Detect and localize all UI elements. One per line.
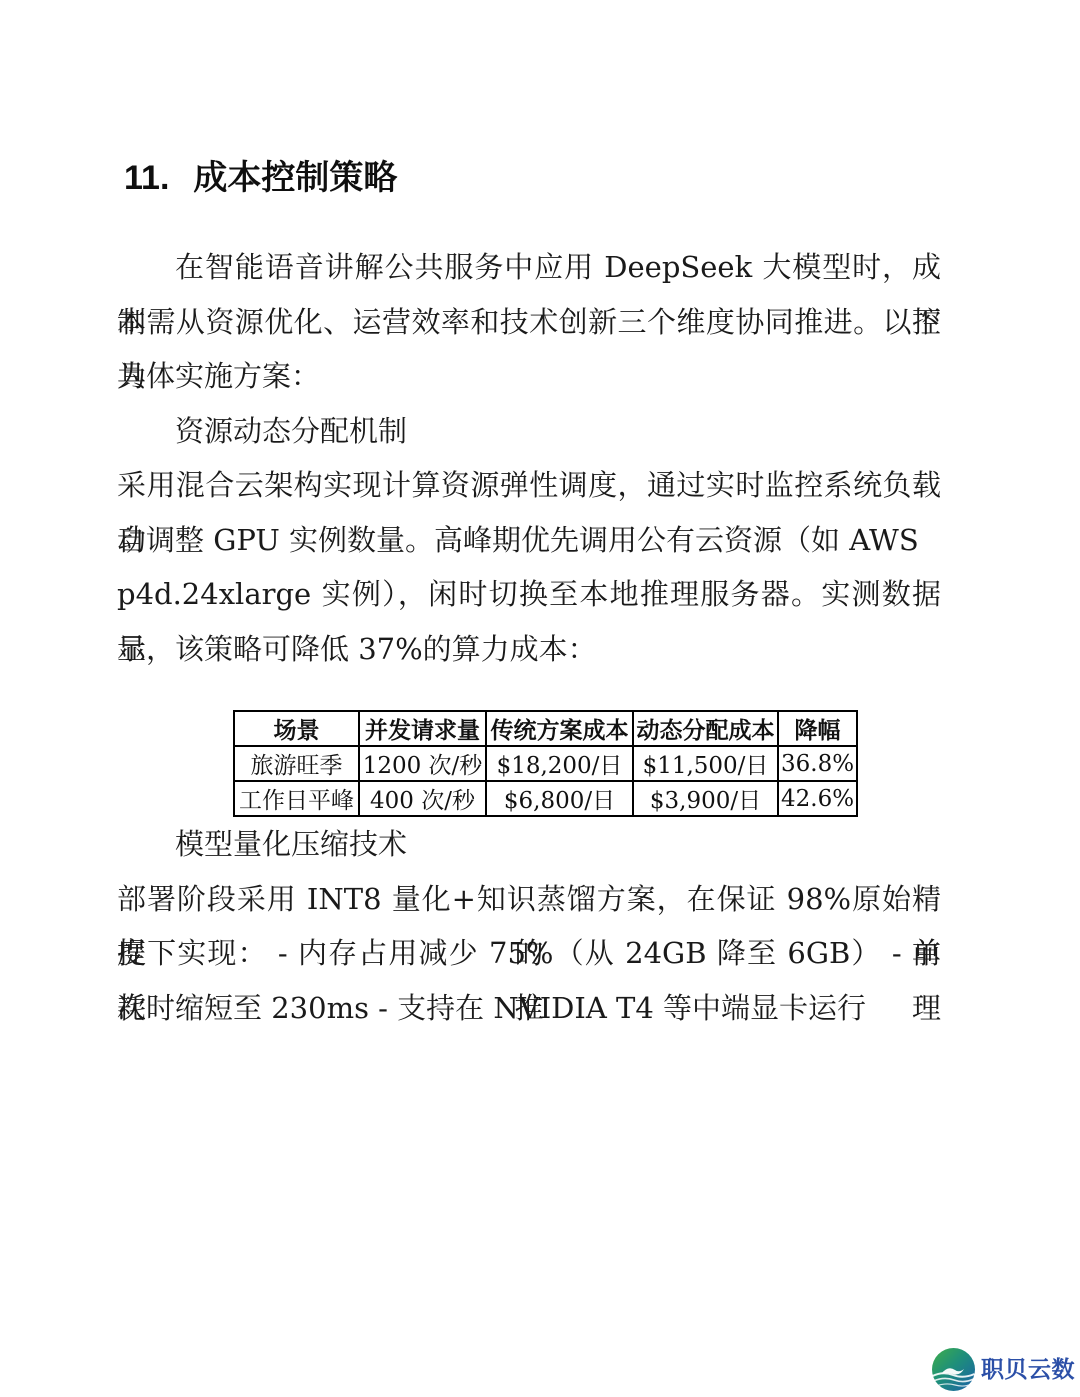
cell-scenario: 工作日平峰: [234, 781, 359, 816]
brand-name: 职贝云数: [981, 1358, 1075, 1381]
brand-globe-icon: [931, 1347, 976, 1392]
table-header-row: 场景 并发请求量 传统方案成本 动态分配成本 降幅: [234, 711, 857, 746]
col-header-reduction: 降幅: [778, 711, 857, 746]
footer-brand-logo: 职贝云数: [931, 1347, 1075, 1392]
text-line: 采用混合云架构实现计算资源弹性调度，通过实时监控系统负载自: [117, 458, 941, 513]
text-line: 模型量化压缩技术: [117, 817, 941, 872]
cost-comparison-table: 场景 并发请求量 传统方案成本 动态分配成本 降幅 旅游旺季 1200 次/秒 …: [233, 710, 858, 817]
cell-reduction: 42.6%: [778, 781, 857, 816]
section-title: 成本控制策略: [193, 150, 397, 199]
table-row: 旅游旺季 1200 次/秒 $18,200/日 $11,500/日 36.8%: [234, 746, 857, 781]
cell-dynamic-cost: $3,900/日: [633, 781, 778, 816]
table-row: 工作日平峰 400 次/秒 $6,800/日 $3,900/日 42.6%: [234, 781, 857, 816]
cell-traditional-cost: $6,800/日: [486, 781, 633, 816]
col-header-dynamic-cost: 动态分配成本: [633, 711, 778, 746]
text-line: 部署阶段采用 INT8 量化+知识蒸馏方案，在保证 98%原始精度的前: [117, 872, 941, 927]
cell-concurrency: 1200 次/秒: [359, 746, 486, 781]
section-number: 11.: [124, 159, 169, 198]
text-line: 资源动态分配机制: [117, 404, 941, 459]
cell-dynamic-cost: $11,500/日: [633, 746, 778, 781]
paragraph-block-top: 在智能语音讲解公共服务中应用 DeepSeek 大模型时，成本控 制需从资源优化…: [117, 240, 941, 676]
text-line: 在智能语音讲解公共服务中应用 DeepSeek 大模型时，成本控: [117, 240, 941, 295]
text-line: p4d.24xlarge 实例），闲时切换至本地推理服务器。实测数据显: [117, 567, 941, 622]
text-line: 耗时缩短至 230ms - 支持在 NVIDIA T4 等中端显卡运行: [117, 981, 941, 1036]
text-line: 具体实施方案：: [117, 349, 941, 404]
document-page: 11. 成本控制策略 在智能语音讲解公共服务中应用 DeepSeek 大模型时，…: [0, 0, 1080, 1397]
paragraph-block-bottom: 模型量化压缩技术 部署阶段采用 INT8 量化+知识蒸馏方案，在保证 98%原始…: [117, 817, 941, 1035]
text-line: 动调整 GPU 实例数量。高峰期优先调用公有云资源（如 AWS: [117, 513, 941, 568]
text-line: 示，该策略可降低 37%的算力成本：: [117, 622, 941, 677]
cell-reduction: 36.8%: [778, 746, 857, 781]
cell-concurrency: 400 次/秒: [359, 781, 486, 816]
text-line: 提下实现： - 内存占用减少 75%（从 24GB 降至 6GB） - 单次推理: [117, 926, 941, 981]
text-line: 制需从资源优化、运营效率和技术创新三个维度协同推进。以下为: [117, 295, 941, 350]
col-header-scenario: 场景: [234, 711, 359, 746]
cell-traditional-cost: $18,200/日: [486, 746, 633, 781]
col-header-traditional-cost: 传统方案成本: [486, 711, 633, 746]
cell-scenario: 旅游旺季: [234, 746, 359, 781]
section-heading: 11. 成本控制策略: [124, 150, 397, 199]
col-header-concurrency: 并发请求量: [359, 711, 486, 746]
